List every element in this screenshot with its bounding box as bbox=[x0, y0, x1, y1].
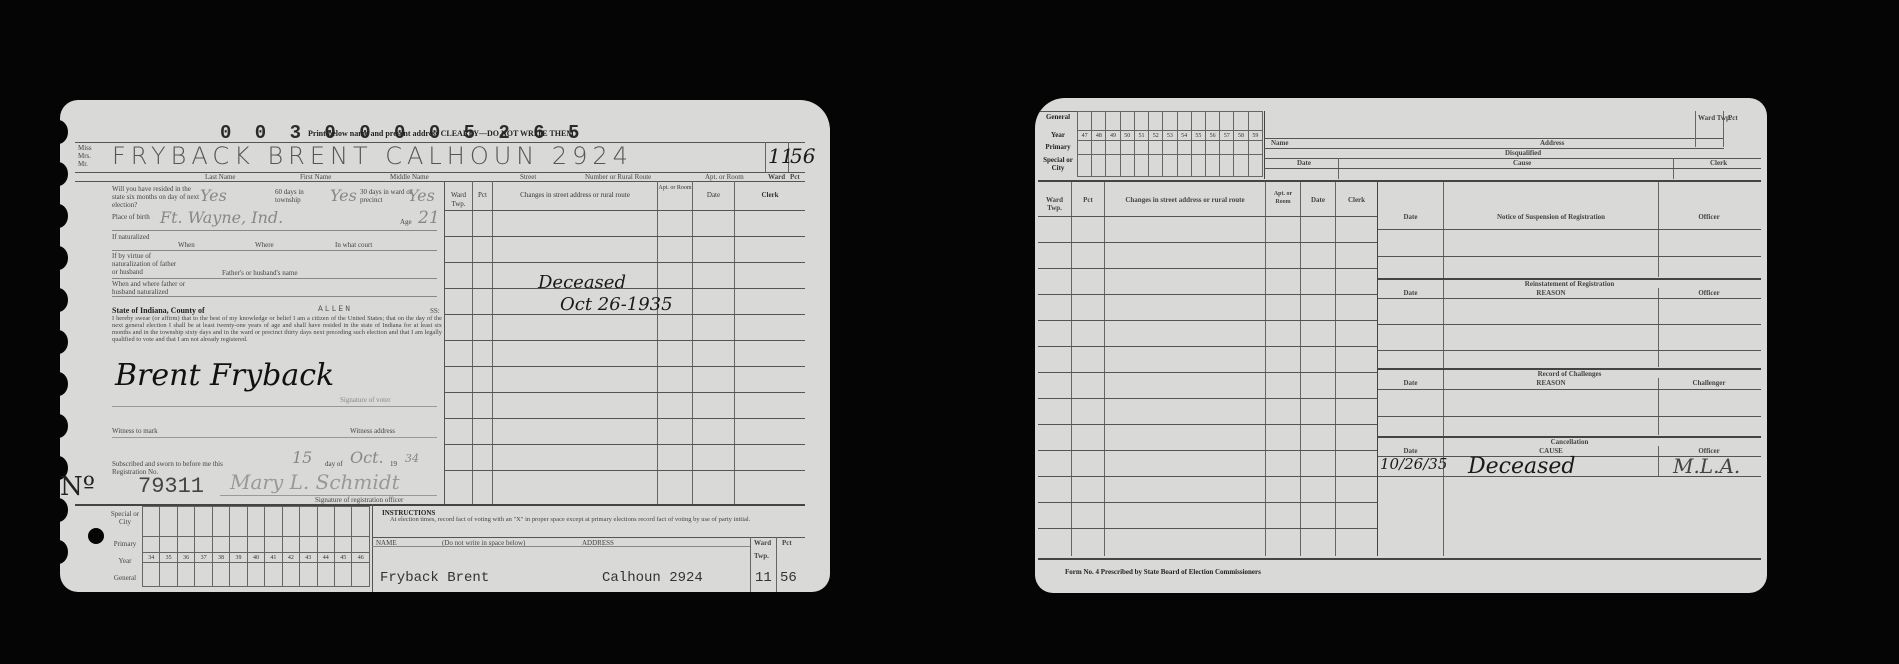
card-edge-notch bbox=[60, 120, 68, 144]
voter-registration-card-back: General Year Primary Special or City 47 … bbox=[1035, 98, 1767, 593]
typed-pct: 56 bbox=[780, 570, 797, 586]
changes-header-date: Date bbox=[1301, 196, 1335, 204]
disqualified-cause-label: Cause bbox=[1513, 159, 1531, 167]
changes-header-address: Changes in street address or rural route bbox=[493, 191, 657, 200]
state-county-label: State of Indiana, County of bbox=[112, 307, 205, 315]
age-label: Age bbox=[400, 218, 412, 226]
footer-twp-label: Twp. bbox=[754, 552, 769, 560]
cancellation-date: 10/26/35 bbox=[1380, 455, 1447, 473]
challenges-reason-header: REASON bbox=[1444, 379, 1658, 387]
disqualified-date-label: Date bbox=[1297, 159, 1311, 167]
challenges-challenger-header: Challenger bbox=[1659, 379, 1759, 387]
day-value: 15 bbox=[292, 448, 312, 467]
instructions-text: At election times, record fact of voting… bbox=[390, 516, 790, 523]
card-edge-notch bbox=[60, 540, 68, 564]
changes-header-address: Changes in street address or rural route bbox=[1105, 196, 1265, 204]
changes-header-pct: Pct bbox=[473, 191, 492, 200]
reinstatement-officer-header: Officer bbox=[1659, 289, 1759, 297]
label-street: Street bbox=[520, 173, 536, 181]
label-ward: Ward bbox=[768, 173, 785, 181]
changes-header-clerk: Clerk bbox=[735, 191, 805, 200]
changes-note-date: Oct 26-1935 bbox=[560, 294, 673, 315]
challenges-date-header: Date bbox=[1378, 379, 1443, 387]
place-of-birth-label: Place of birth bbox=[112, 213, 152, 221]
naturalized-court-label: In what court bbox=[335, 241, 372, 249]
pct-handwritten: 56 bbox=[790, 144, 815, 168]
father-name-label: Father's or husband's name bbox=[222, 269, 297, 277]
county-value: ALLEN bbox=[318, 305, 352, 314]
ward-twp-label: Ward Twp. bbox=[1698, 114, 1732, 122]
label-pct: Pct bbox=[790, 173, 800, 181]
handwritten-name-address: FRYBACK BRENT CALHOUN 2924 bbox=[112, 142, 633, 170]
suspension-title: Notice of Suspension of Registration bbox=[1444, 213, 1658, 221]
reinstatement-title: Reinstatement of Registration bbox=[1378, 280, 1761, 288]
card-edge-notch bbox=[60, 414, 68, 438]
witness-label: Witness to mark bbox=[112, 427, 158, 435]
grid-label-year: Year bbox=[110, 557, 140, 565]
cancellation-officer: M.L.A. bbox=[1673, 454, 1740, 478]
changes-header-apt: Apt. or Room bbox=[658, 184, 692, 193]
disqualified-clerk-label: Clerk bbox=[1710, 159, 1727, 167]
reinstatement-date-header: Date bbox=[1378, 289, 1443, 297]
number-symbol: Nº bbox=[60, 472, 95, 502]
year-prefix: 19 bbox=[390, 460, 397, 468]
grid-label-primary: Primary bbox=[1039, 143, 1077, 151]
cancellation-title: Cancellation bbox=[1378, 438, 1761, 446]
naturalized-where-label: Where bbox=[255, 241, 274, 249]
header-instruction: Print below name and present address CLE… bbox=[308, 130, 574, 138]
salutation-labels: Miss Mrs. Mr. bbox=[78, 144, 98, 168]
card-edge-notch bbox=[60, 246, 68, 270]
township-label: 60 days in township bbox=[275, 188, 325, 204]
form-footer: Form No. 4 Prescribed by State Board of … bbox=[1065, 568, 1261, 576]
officer-signature-label: Signature of registration officer bbox=[315, 496, 403, 504]
month-value: Oct. bbox=[350, 448, 384, 467]
suspension-date-header: Date bbox=[1378, 213, 1443, 221]
footer-pct-label: Pct bbox=[782, 539, 792, 547]
reinstatement-reason-header: REASON bbox=[1444, 289, 1658, 297]
naturalized-label: If naturalized bbox=[112, 233, 152, 241]
label-first-name: First Name bbox=[300, 173, 331, 181]
cancellation-date-header: Date bbox=[1378, 447, 1443, 455]
card-edge-notch bbox=[60, 330, 68, 354]
changes-note-deceased: Deceased bbox=[538, 272, 626, 293]
suspension-officer-header: Officer bbox=[1659, 213, 1759, 221]
signature-label: Signature of voter bbox=[340, 396, 391, 404]
age-value: 21 bbox=[418, 208, 440, 228]
changes-header-ward: Ward Twp. bbox=[445, 191, 472, 209]
residence-answer: Yes bbox=[200, 186, 227, 205]
disqualified-label: Disqualified bbox=[1505, 149, 1541, 157]
naturalized-when-label: When bbox=[178, 241, 195, 249]
typed-address: Calhoun 2924 bbox=[602, 570, 703, 586]
grid-label-special: Special or City bbox=[1039, 156, 1077, 172]
year-value: 34 bbox=[405, 452, 419, 465]
grid-label-general: General bbox=[1039, 113, 1077, 121]
card-edge-notch bbox=[60, 372, 68, 396]
label-number-route: Number or Rural Route bbox=[585, 173, 651, 181]
challenges-title: Record of Challenges bbox=[1378, 370, 1761, 378]
pct-label: Pct bbox=[1728, 114, 1738, 122]
officer-signature: Mary L. Schmidt bbox=[230, 470, 400, 494]
changes-header-pct: Pct bbox=[1072, 196, 1104, 204]
voting-history-grid-left: 34 35 36 37 38 39 40 41 42 43 44 45 46 bbox=[142, 506, 370, 587]
label-apt-room: Apt. or Room bbox=[705, 173, 744, 181]
changes-header-ward: Ward Twp. bbox=[1038, 196, 1071, 212]
changes-header-date: Date bbox=[693, 191, 734, 200]
card-edge-notch bbox=[60, 204, 68, 228]
registration-number: 79311 bbox=[138, 474, 204, 499]
witness-address-label: Witness address bbox=[350, 427, 395, 435]
when-where-label: When and where father or husband natural… bbox=[112, 280, 192, 296]
address-label: Address bbox=[1540, 139, 1564, 147]
place-of-birth-value: Ft. Wayne, Ind. bbox=[160, 208, 283, 227]
footer-ward-label: Ward bbox=[754, 539, 771, 547]
grid-label-general: General bbox=[110, 574, 140, 582]
ss-label: SS: bbox=[430, 307, 440, 315]
day-of-label: day of bbox=[325, 460, 343, 468]
typed-name: Fryback Brent bbox=[380, 570, 489, 586]
virtue-label: If by virtue of naturalization of father… bbox=[112, 252, 182, 276]
voter-signature: Brent Fryback bbox=[115, 358, 334, 393]
label-last-name: Last Name bbox=[205, 173, 236, 181]
punch-hole bbox=[88, 528, 104, 544]
typed-ward: 11 bbox=[755, 570, 772, 586]
grid-label-primary: Primary bbox=[110, 540, 140, 548]
oath-text: I hereby swear (or affirm) that to the b… bbox=[112, 315, 442, 343]
voting-history-grid-right: 47 48 49 50 51 52 53 54 55 56 57 58 59 bbox=[1077, 111, 1263, 177]
label-middle-name: Middle Name bbox=[390, 173, 429, 181]
grid-label-special: Special or City bbox=[110, 510, 140, 526]
subscribed-label: Subscribed and sworn to before me this bbox=[112, 460, 223, 468]
township-answer: Yes bbox=[330, 186, 357, 205]
residence-question: Will you have resided in the state six m… bbox=[112, 185, 202, 209]
card-edge-notch bbox=[60, 288, 68, 312]
voter-registration-card-front: 0 0 3 0 0 0 0 5 2 6 5 Print below name a… bbox=[60, 100, 830, 592]
ward-30-answer: Yes bbox=[408, 186, 435, 205]
name-label: Name bbox=[1271, 139, 1289, 147]
changes-header-clerk: Clerk bbox=[1336, 196, 1377, 204]
changes-header-apt: Apt. or Room bbox=[1266, 190, 1300, 206]
card-edge-notch bbox=[60, 162, 68, 186]
grid-label-year: Year bbox=[1039, 131, 1077, 139]
